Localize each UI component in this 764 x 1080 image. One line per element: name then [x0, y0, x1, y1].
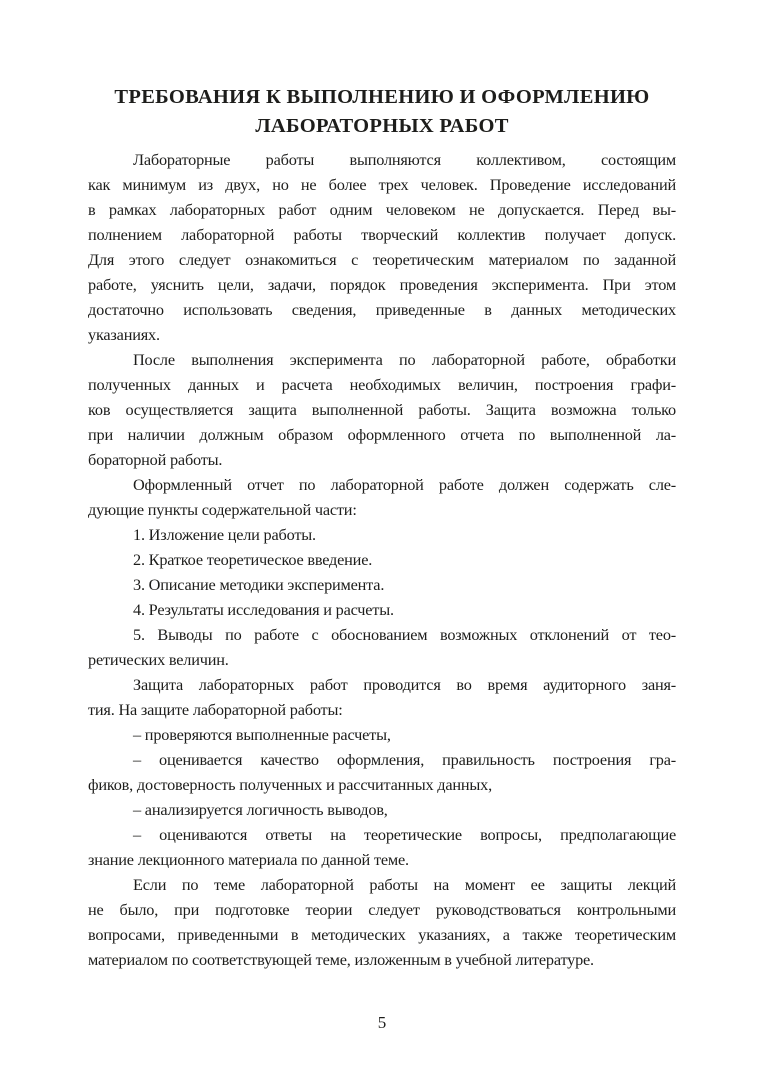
text-line: 3. Описание методики эксперимента.	[88, 572, 676, 597]
text-line: Лабораторные работы выполняются коллекти…	[88, 147, 676, 172]
text-line: Для этого следует ознакомиться с теорети…	[88, 247, 676, 272]
title-line-2: ЛАБОРАТОРНЫХ РАБОТ	[88, 112, 676, 141]
text-line: – проверяются выполненные расчеты,	[88, 722, 676, 747]
text-line: указаниях.	[88, 322, 676, 347]
document-page: ТРЕБОВАНИЯ К ВЫПОЛНЕНИЮ И ОФОРМЛЕНИЮ ЛАБ…	[0, 0, 764, 1080]
body-text: Лабораторные работы выполняются коллекти…	[88, 147, 676, 972]
text-line: вопросами, приведенными в методических у…	[88, 922, 676, 947]
text-line: Защита лабораторных работ проводится во …	[88, 672, 676, 697]
text-line: 2. Краткое теоретическое введение.	[88, 547, 676, 572]
text-line: тия. На защите лабораторной работы:	[88, 697, 676, 722]
text-line: как минимум из двух, но не более трех че…	[88, 172, 676, 197]
text-line: достаточно использовать сведения, привед…	[88, 297, 676, 322]
text-line: 4. Результаты исследования и расчеты.	[88, 597, 676, 622]
text-line: – анализируется логичность выводов,	[88, 797, 676, 822]
page-title: ТРЕБОВАНИЯ К ВЫПОЛНЕНИЮ И ОФОРМЛЕНИЮ ЛАБ…	[88, 83, 676, 141]
text-line: После выполнения эксперимента по лаборат…	[88, 347, 676, 372]
page-number: 5	[0, 1012, 764, 1034]
text-line: ретических величин.	[88, 647, 676, 672]
text-line: полнением лабораторной работы творческий…	[88, 222, 676, 247]
text-line: бораторной работы.	[88, 447, 676, 472]
title-line-1: ТРЕБОВАНИЯ К ВЫПОЛНЕНИЮ И ОФОРМЛЕНИЮ	[88, 83, 676, 112]
text-line: дующие пункты содержательной части:	[88, 497, 676, 522]
text-line: полученных данных и расчета необходимых …	[88, 372, 676, 397]
text-line: Если по теме лабораторной работы на моме…	[88, 872, 676, 897]
text-line: материалом по соответствующей теме, изло…	[88, 947, 676, 972]
text-line: в рамках лабораторных работ одним челове…	[88, 197, 676, 222]
text-line: 1. Изложение цели работы.	[88, 522, 676, 547]
text-line: ков осуществляется защита выполненной ра…	[88, 397, 676, 422]
text-line: работе, уяснить цели, задачи, порядок пр…	[88, 272, 676, 297]
text-line: 5. Выводы по работе с обоснованием возмо…	[88, 622, 676, 647]
text-line: фиков, достоверность полученных и рассчи…	[88, 772, 676, 797]
text-line: Оформленный отчет по лабораторной работе…	[88, 472, 676, 497]
text-line: не было, при подготовке теории следует р…	[88, 897, 676, 922]
text-line: – оценивается качество оформления, прави…	[88, 747, 676, 772]
text-line: знание лекционного материала по данной т…	[88, 847, 676, 872]
text-line: – оцениваются ответы на теоретические во…	[88, 822, 676, 847]
text-line: при наличии должным образом оформленного…	[88, 422, 676, 447]
